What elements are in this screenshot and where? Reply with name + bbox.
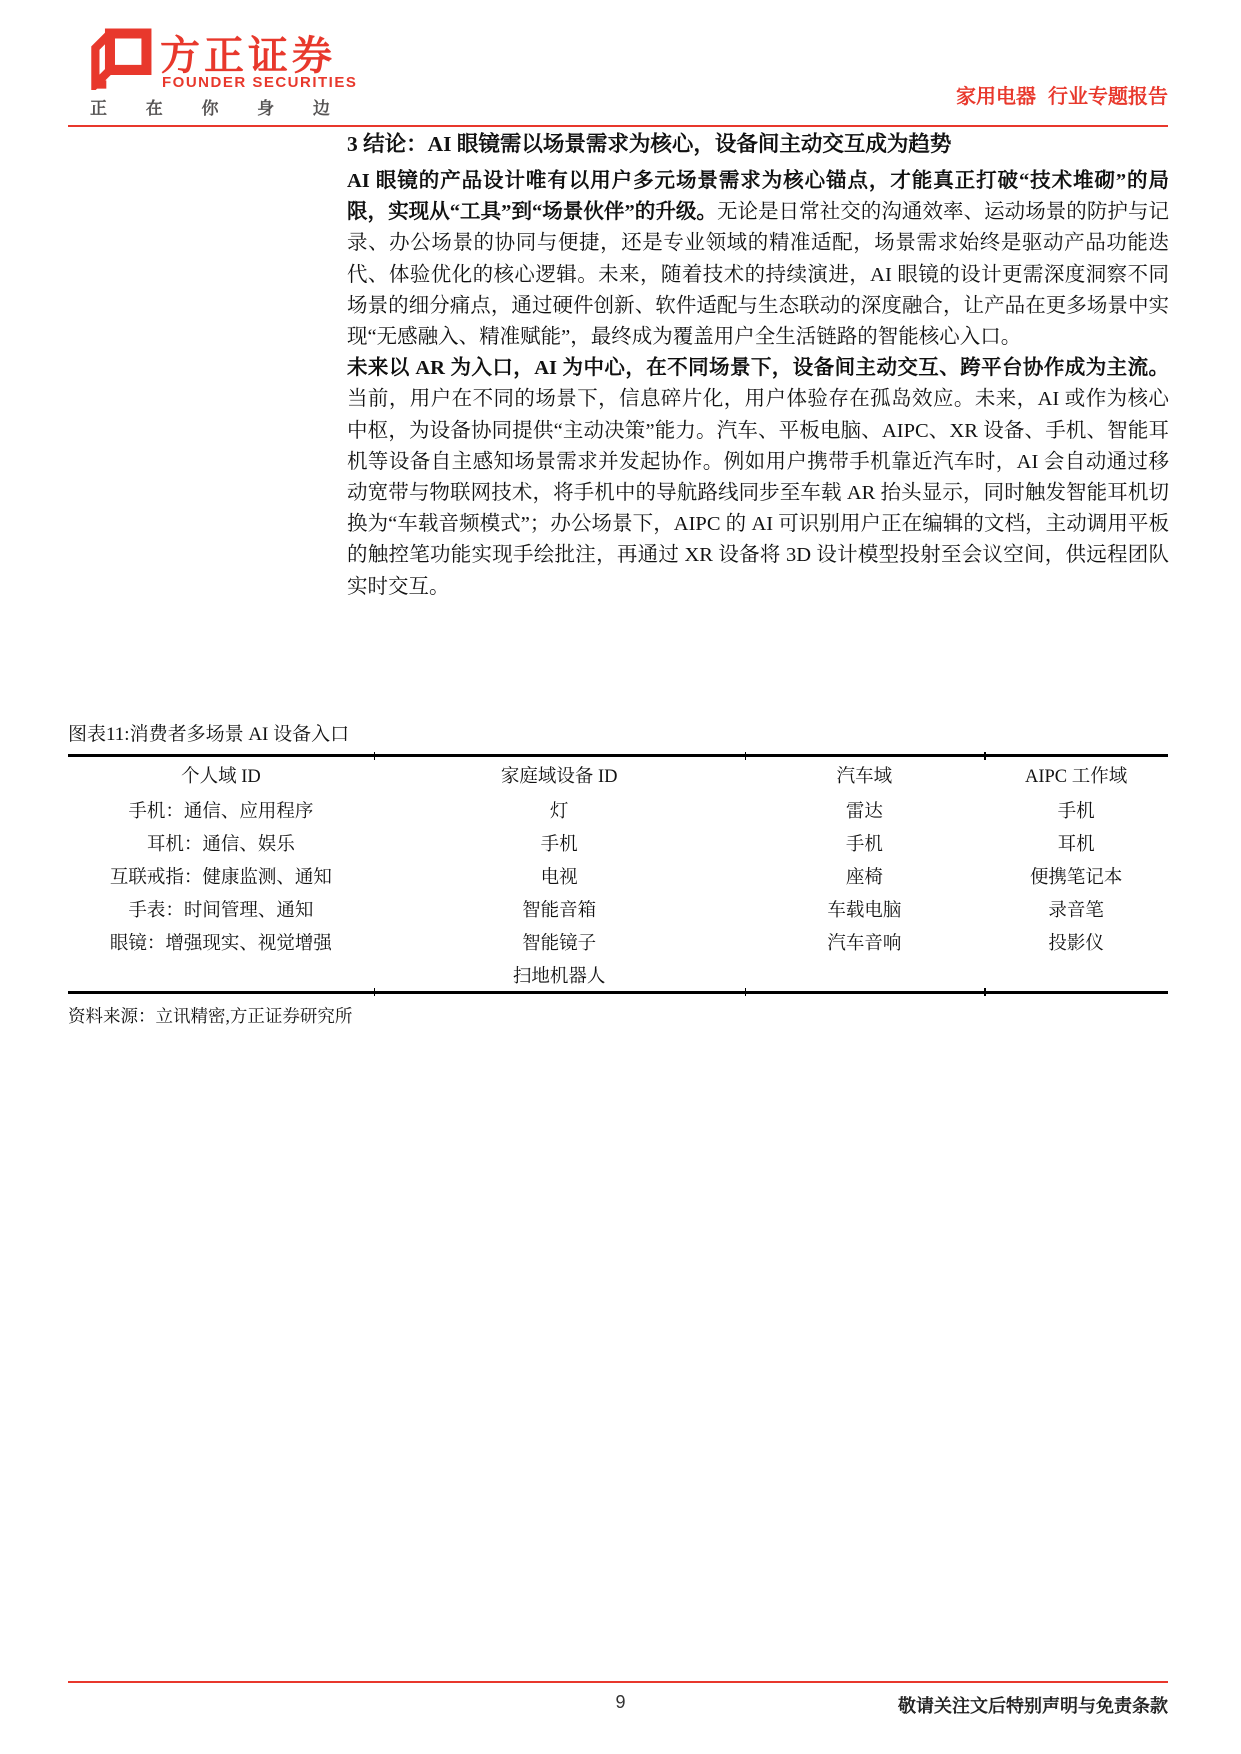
industry-label: 家用电器 xyxy=(956,86,1036,108)
column-divider-tick xyxy=(745,752,747,760)
table-cell: 灯 xyxy=(374,793,745,826)
column-header: AIPC 工作域 xyxy=(984,757,1168,793)
table-row: 耳机：通信、娱乐手机手机耳机 xyxy=(68,826,1168,859)
table-cell: 车载电脑 xyxy=(744,892,984,925)
table-cell: 投影仪 xyxy=(984,925,1168,958)
device-table: 个人域 ID 家庭域设备 ID 汽车域 AIPC 工作域 手机：通信、应用程序灯… xyxy=(68,754,1168,994)
table-cell: 汽车音响 xyxy=(744,925,984,958)
source-note: 资料来源：立讯精密,方正证券研究所 xyxy=(68,1003,1168,1028)
table-cell xyxy=(68,958,374,991)
brand-name: 方正证券 xyxy=(160,24,336,81)
brand-tagline: 正 在 你 身 边 xyxy=(90,94,347,119)
table-row: 手表：时间管理、通知智能音箱车载电脑录音笔 xyxy=(68,892,1168,925)
table-cell: 电视 xyxy=(374,859,745,892)
main-content: 3 结论：AI 眼镜需以场景需求为核心，设备间主动交互成为趋势 AI 眼镜的产品… xyxy=(347,129,1169,603)
section-title: 3 结论：AI 眼镜需以场景需求为核心，设备间主动交互成为趋势 xyxy=(347,129,1169,160)
table-cell xyxy=(984,958,1168,991)
paragraph-1-body: 无论是日常社交的沟通效率、运动场景的防护与记录、办公场景的协同与便捷，还是专业领… xyxy=(347,201,1169,348)
table-header-row: 个人域 ID 家庭域设备 ID 汽车域 AIPC 工作域 xyxy=(68,757,1168,793)
column-divider-tick xyxy=(984,988,986,996)
table-cell: 便携笔记本 xyxy=(984,859,1168,892)
table-cell: 手机 xyxy=(744,826,984,859)
table-cell: 智能音箱 xyxy=(374,892,745,925)
report-type-label: 行业专题报告 xyxy=(1048,86,1168,108)
table-cell: 眼镜：增强现实、视觉增强 xyxy=(68,925,374,958)
table-cell: 互联戒指：健康监测、通知 xyxy=(68,859,374,892)
paragraph-1: AI 眼镜的产品设计唯有以用户多元场景需求为核心锚点，才能真正打破“技术堆砌”的… xyxy=(347,166,1169,353)
table-cell: 耳机 xyxy=(984,826,1168,859)
table-cell: 手机 xyxy=(984,793,1168,826)
table-row: 手机：通信、应用程序灯雷达手机 xyxy=(68,793,1168,826)
column-divider-tick xyxy=(745,988,747,996)
table-cell: 耳机：通信、娱乐 xyxy=(68,826,374,859)
column-divider-tick xyxy=(374,752,376,760)
table-cell xyxy=(744,958,984,991)
header-divider xyxy=(68,125,1168,127)
founder-cube-icon xyxy=(88,28,152,90)
column-header: 汽车域 xyxy=(744,757,984,793)
table-cell: 扫地机器人 xyxy=(374,958,745,991)
table-cell: 雷达 xyxy=(744,793,984,826)
column-divider-tick xyxy=(374,988,376,996)
footer-divider xyxy=(68,1681,1168,1683)
report-category: 家用电器行业专题报告 xyxy=(956,80,1168,109)
column-header: 个人域 ID xyxy=(68,757,374,793)
paragraph-2-lead: 未来以 AR 为入口，AI 为中心，在不同场景下，设备间主动交互、跨平台协作成为… xyxy=(347,357,1169,379)
paragraph-2: 未来以 AR 为入口，AI 为中心，在不同场景下，设备间主动交互、跨平台协作成为… xyxy=(347,353,1169,603)
table-cell: 手表：时间管理、通知 xyxy=(68,892,374,925)
paragraph-2-body: 当前，用户在不同的场景下，信息碎片化，用户体验存在孤岛效应。未来，AI 或作为核… xyxy=(347,388,1169,597)
table-cell: 智能镜子 xyxy=(374,925,745,958)
footer-disclaimer: 敬请关注文后特别声明与免责条款 xyxy=(898,1692,1168,1718)
table-cell: 座椅 xyxy=(744,859,984,892)
brand-subtitle: FOUNDER SECURITIES xyxy=(162,74,357,91)
column-divider-tick xyxy=(984,752,986,760)
table-row: 扫地机器人 xyxy=(68,958,1168,991)
table-cell: 手机 xyxy=(374,826,745,859)
table-row: 眼镜：增强现实、视觉增强智能镜子汽车音响投影仪 xyxy=(68,925,1168,958)
table-cell: 手机：通信、应用程序 xyxy=(68,793,374,826)
table-row: 互联戒指：健康监测、通知电视座椅便携笔记本 xyxy=(68,859,1168,892)
figure-11: 图表11:消费者多场景 AI 设备入口 个人域 ID 家庭域设备 ID 汽车域 … xyxy=(68,722,1168,1028)
column-header: 家庭域设备 ID xyxy=(374,757,745,793)
table-cell: 录音笔 xyxy=(984,892,1168,925)
figure-title: 图表11:消费者多场景 AI 设备入口 xyxy=(68,722,1168,748)
